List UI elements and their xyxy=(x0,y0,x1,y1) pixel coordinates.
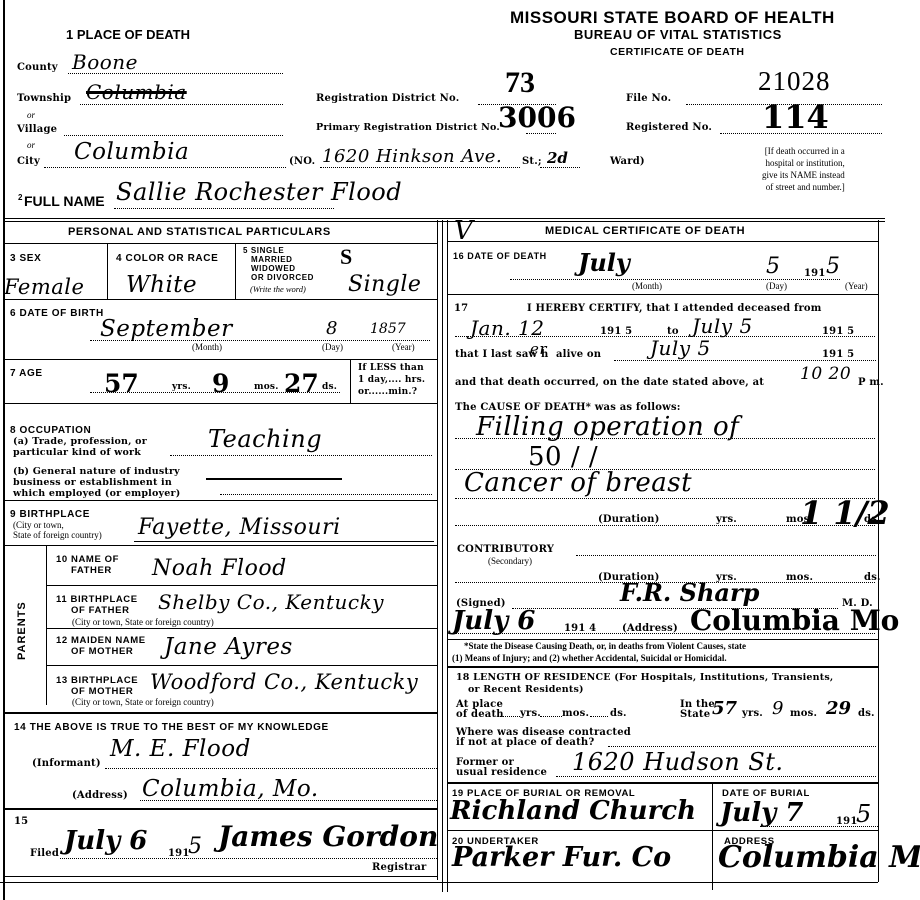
death-time-field[interactable]: 10 20 xyxy=(800,364,851,384)
city-label: City xyxy=(17,156,40,167)
attended-from-field[interactable]: Jan. 12 xyxy=(470,316,545,340)
residence-label: 18 LENGTH OF RESIDENCE (For Hospitals, I… xyxy=(456,672,833,683)
death-certificate: MISSOURI STATE BOARD OF HEALTH BUREAU OF… xyxy=(0,0,920,900)
sex-field[interactable]: Female xyxy=(4,275,84,299)
informant-statement: 14 THE ABOVE IS TRUE TO THE BEST OF MY K… xyxy=(14,722,329,733)
occupation-label: 8 OCCUPATION xyxy=(10,425,91,436)
dob-day-field[interactable]: 8 xyxy=(326,318,338,339)
ward-field[interactable]: 2d xyxy=(547,149,568,167)
father-name-field[interactable]: Noah Flood xyxy=(152,556,287,581)
county-label: County xyxy=(17,62,58,73)
cause-line-1-field[interactable]: Filling operation of xyxy=(476,412,739,442)
burial-date-field[interactable]: July 7 xyxy=(720,798,803,828)
registration-district-label: Registration District No. xyxy=(316,93,459,104)
personal-section-title: PERSONAL AND STATISTICAL PARTICULARS xyxy=(68,226,331,238)
primary-registration-label: Primary Registration District No. xyxy=(316,122,500,133)
occupation-a-label: (a) Trade, profession, or particular kin… xyxy=(13,436,147,458)
registration-district-field[interactable]: 73 xyxy=(505,66,535,100)
file-no-field[interactable]: 21028 xyxy=(758,66,831,97)
in-state-label: In the State xyxy=(680,700,715,720)
informant-field[interactable]: M. E. Flood xyxy=(110,736,251,762)
undertaker-field[interactable]: Parker Fur. Co xyxy=(452,842,671,873)
filed-date-field[interactable]: July 6 xyxy=(64,826,147,856)
age-label: 7 AGE xyxy=(10,368,43,379)
registrar-signature[interactable]: James Gordon xyxy=(218,820,438,853)
in-state-years-field[interactable]: 57 xyxy=(712,698,737,719)
registered-no-field[interactable]: 114 xyxy=(762,98,829,136)
duration-field[interactable]: 1 1/2 xyxy=(800,494,890,532)
father-birthplace-label: 11 BIRTHPLACE OF FATHER xyxy=(56,594,138,616)
contributory-field[interactable] xyxy=(576,555,876,556)
birthplace-label: 9 BIRTHPLACE xyxy=(10,509,90,520)
parents-label: PARENTS xyxy=(16,601,28,660)
full-name-field[interactable]: Sallie Rochester Flood xyxy=(116,178,402,206)
contracted-field[interactable] xyxy=(608,746,876,747)
dod-label: 16 DATE OF DEATH xyxy=(453,251,547,261)
undertaker-address-field[interactable]: Columbia Mo xyxy=(718,840,920,875)
physician-signature[interactable]: F.R. Sharp xyxy=(620,578,759,607)
marital-status-label: 5 SINGLE MARRIED WIDOWED OR DIVORCED xyxy=(243,246,314,282)
contracted-label: Where was disease contracted if not at p… xyxy=(456,728,631,748)
mother-birthplace-field[interactable]: Woodford Co., Kentucky xyxy=(150,670,418,694)
street-address-field[interactable]: 1620 Hinkson Ave. xyxy=(322,146,502,167)
sex-label: 3 SEX xyxy=(10,253,41,264)
left-border xyxy=(3,0,5,900)
race-label: 4 COLOR OR RACE xyxy=(116,253,218,264)
mother-birthplace-label: 13 BIRTHPLACE OF MOTHER xyxy=(56,675,138,697)
occupation-b-field[interactable] xyxy=(206,478,342,480)
occupation-a-field[interactable]: Teaching xyxy=(208,425,322,453)
certify-statement: I HEREBY CERTIFY, that I attended deceas… xyxy=(527,303,822,314)
township-label: Township xyxy=(17,93,71,104)
registered-no-label: Registered No. xyxy=(626,122,712,133)
certificate-form-name: CERTIFICATE OF DEATH xyxy=(610,46,744,58)
medical-section-title: MEDICAL CERTIFICATE OF DEATH xyxy=(545,225,745,237)
physician-address-field[interactable]: Columbia Mo xyxy=(690,604,899,637)
township-field[interactable]: Columbia xyxy=(86,80,187,104)
burial-year-field[interactable]: 5 xyxy=(856,800,872,828)
birthplace-field[interactable]: Fayette, Missouri xyxy=(138,515,341,540)
filed-year-field[interactable]: 5 xyxy=(188,834,203,859)
full-name-label: FULL NAME xyxy=(24,193,105,209)
occupation-b-label: (b) General nature of industry business … xyxy=(13,466,180,499)
file-no-label: File No. xyxy=(626,93,671,104)
city-field[interactable]: Columbia xyxy=(74,139,189,165)
informant-address-field[interactable]: Columbia, Mo. xyxy=(142,776,319,802)
certificate-title: MISSOURI STATE BOARD OF HEALTH xyxy=(510,8,835,28)
burial-place-field[interactable]: Richland Church xyxy=(450,796,696,826)
place-of-death-heading: 1 PLACE OF DEATH xyxy=(66,27,190,42)
mother-name-label: 12 MAIDEN NAME OF MOTHER xyxy=(56,635,146,657)
in-state-days-field[interactable]: 29 xyxy=(826,698,851,719)
father-birthplace-field[interactable]: Shelby Co., Kentucky xyxy=(158,590,384,614)
dod-year-field[interactable]: 5 xyxy=(826,254,841,279)
last-saw-pronoun-field[interactable]: er xyxy=(530,340,547,358)
village-label: Village xyxy=(17,124,57,135)
dod-day-field[interactable]: 5 xyxy=(766,254,781,279)
age-months-field[interactable]: 9 xyxy=(212,369,229,398)
father-name-label: 10 NAME OF FATHER xyxy=(56,554,119,576)
village-field[interactable] xyxy=(64,135,283,136)
in-state-months-field[interactable]: 9 xyxy=(772,698,784,719)
hospital-note: [If death occurred in a hospital or inst… xyxy=(762,145,845,193)
informant-address-label: (Address) xyxy=(72,790,128,801)
former-residence-label: Former or usual residence xyxy=(456,758,547,778)
cause-line-3-field[interactable]: Cancer of breast xyxy=(464,468,692,498)
marital-status-field[interactable]: Single xyxy=(348,272,421,297)
less-than-day-note: If LESS than 1 day,.... hrs. or......min… xyxy=(358,362,425,398)
certificate-subtitle: BUREAU OF VITAL STATISTICS xyxy=(574,27,782,42)
dod-month-field[interactable]: July xyxy=(578,248,630,277)
dob-month-field[interactable]: September xyxy=(100,316,233,342)
filed-label: Filed xyxy=(30,848,59,859)
dob-label: 6 DATE OF BIRTH xyxy=(10,308,104,319)
mother-name-field[interactable]: Jane Ayres xyxy=(164,634,293,660)
age-years-field[interactable]: 57 xyxy=(104,369,139,398)
at-place-label: At place of death xyxy=(456,700,504,720)
primary-registration-field[interactable]: 3006 xyxy=(498,101,576,134)
contributory-label: CONTRIBUTORY xyxy=(457,544,554,555)
age-days-field[interactable]: 27 xyxy=(284,369,319,398)
signed-date-field[interactable]: July 6 xyxy=(452,606,535,636)
marital-mark: S xyxy=(340,244,352,270)
former-residence-field[interactable]: 1620 Hudson St. xyxy=(572,748,784,776)
county-field[interactable]: Boone xyxy=(72,50,138,74)
cause-footnote: *State the Disease Causing Death, or, in… xyxy=(452,640,746,664)
race-field[interactable]: White xyxy=(126,272,197,298)
dob-year-field[interactable]: 1857 xyxy=(370,321,406,337)
attended-to-field[interactable]: July 5 xyxy=(692,314,753,338)
informant-label: (Informant) xyxy=(32,758,101,769)
last-saw-date-field[interactable]: July 5 xyxy=(650,336,711,360)
